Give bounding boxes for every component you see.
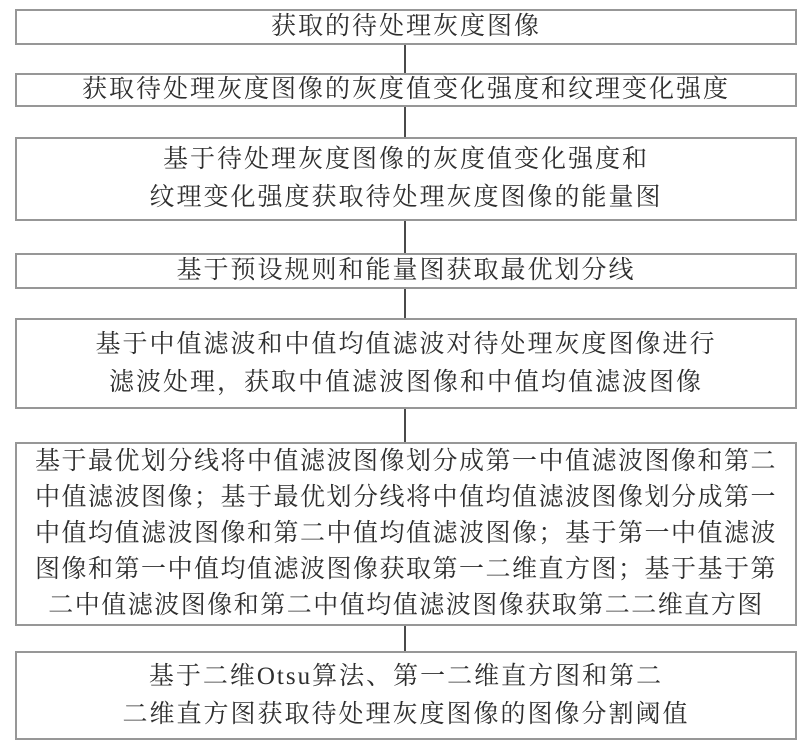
connector-line-1 (404, 45, 406, 73)
flow-step-1-acquire-grayscale-image: 获取的待处理灰度图像 (15, 9, 797, 45)
connector-line-6 (404, 626, 406, 651)
connector-line-2 (404, 107, 406, 137)
flow-step-text: 基于二维Otsu算法、第一二维直方图和第二 (149, 658, 663, 696)
connector-line-3 (404, 221, 406, 253)
flow-step-text: 获取的待处理灰度图像 (271, 11, 541, 43)
flow-step-text: 基于预设规则和能量图获取最优划分线 (176, 255, 635, 287)
flow-step-text: 图像和第一中值均值滤波图像获取第一二维直方图；基于基于第 (35, 552, 777, 588)
flow-step-4-get-optimal-dividing-line: 基于预设规则和能量图获取最优划分线 (15, 253, 797, 289)
flow-step-text: 中值滤波图像；基于最优划分线将中值均值滤波图像划分成第一 (35, 480, 777, 516)
connector-line-4 (404, 289, 406, 318)
flow-step-3-get-energy-map: 基于待处理灰度图像的灰度值变化强度和 纹理变化强度获取待处理灰度图像的能量图 (15, 137, 797, 221)
flow-step-6-divide-images-get-histograms: 基于最优划分线将中值滤波图像划分成第一中值滤波图像和第二 中值滤波图像；基于最优… (15, 442, 797, 626)
flowchart-canvas: 获取的待处理灰度图像 获取待处理灰度图像的灰度值变化强度和纹理变化强度 基于待处… (0, 0, 807, 746)
flow-step-5-filter-processing: 基于中值滤波和中值均值滤波对待处理灰度图像进行 滤波处理，获取中值滤波图像和中值… (15, 318, 797, 409)
flow-step-text: 基于最优划分线将中值滤波图像划分成第一中值滤波图像和第二 (35, 444, 777, 480)
flow-step-text: 基于待处理灰度图像的灰度值变化强度和 (163, 141, 649, 179)
connector-line-5 (404, 409, 406, 442)
flow-step-2-get-intensity-changes: 获取待处理灰度图像的灰度值变化强度和纹理变化强度 (15, 73, 797, 107)
flow-step-text: 二中值滤波图像和第二中值均值滤波图像获取第二二维直方图 (48, 588, 764, 624)
flow-step-text: 中值均值滤波图像和第二中值均值滤波图像；基于第一中值滤波 (35, 516, 777, 552)
flow-step-text: 纹理变化强度获取待处理灰度图像的能量图 (149, 179, 662, 217)
flow-step-text: 滤波处理，获取中值滤波图像和中值均值滤波图像 (109, 364, 703, 402)
flow-step-text: 获取待处理灰度图像的灰度值变化强度和纹理变化强度 (82, 75, 730, 105)
flow-step-text: 基于中值滤波和中值均值滤波对待处理灰度图像进行 (95, 326, 716, 364)
flow-step-text: 二维直方图获取待处理灰度图像的图像分割阈值 (122, 696, 689, 734)
flow-step-7-get-segmentation-threshold: 基于二维Otsu算法、第一二维直方图和第二 二维直方图获取待处理灰度图像的图像分… (15, 651, 797, 740)
